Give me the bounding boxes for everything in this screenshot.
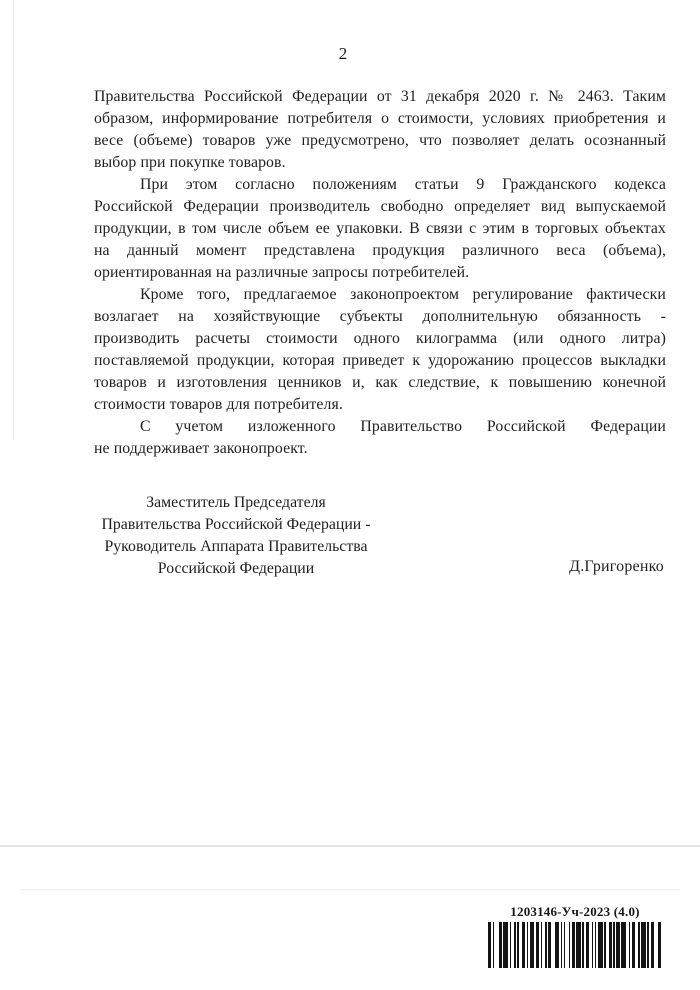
paragraph-line: С учетом изложенного Правительство Росси… bbox=[94, 416, 666, 438]
scan-artifact-horizontal-line bbox=[0, 845, 700, 847]
scan-artifact-vertical-line bbox=[13, 0, 14, 440]
page-number: 2 bbox=[0, 44, 686, 64]
paragraph-line: выбор при покупке товаров. bbox=[94, 152, 666, 174]
paragraph-line: Российской Федерации производитель свобо… bbox=[94, 196, 666, 218]
signer-name: Д.Григоренко bbox=[569, 558, 664, 576]
signature-position-line: Заместитель Председателя bbox=[94, 492, 378, 514]
paragraph-line: товаров и изготовления ценников и, как с… bbox=[94, 372, 666, 394]
signature-position-line: Российской Федерации bbox=[94, 558, 378, 580]
paragraph-line: возлагает на хозяйствующие субъекты допо… bbox=[94, 306, 666, 328]
signature-position-line: Руководитель Аппарата Правительства bbox=[94, 536, 378, 558]
body-text: Правительства Российской Федерации от 31… bbox=[94, 86, 666, 460]
paragraph-line: Правительства Российской Федерации от 31… bbox=[94, 86, 666, 108]
paragraph-line: При этом согласно положениям статьи 9 Гр… bbox=[94, 174, 666, 196]
signature-position-block: Заместитель Председателя Правительства Р… bbox=[94, 492, 378, 580]
paragraph-line: ориентированная на различные запросы пот… bbox=[94, 262, 666, 284]
paragraph-line: Кроме того, предлагаемое законопроектом … bbox=[94, 284, 666, 306]
paragraph-line: весе (объеме) товаров уже предусмотрено,… bbox=[94, 130, 666, 152]
barcode-label: 1203146-Уч-2023 (4.0) bbox=[488, 904, 662, 920]
paragraph-line: стоимости товаров для потребителя. bbox=[94, 394, 666, 416]
signature-position-line: Правительства Российской Федерации - bbox=[94, 514, 378, 536]
paragraph-line: продукции, в том числе объем ее упаковки… bbox=[94, 218, 666, 240]
paragraph-line: не поддерживает законопроект. bbox=[94, 438, 666, 460]
barcode-block: 1203146-Уч-2023 (4.0) bbox=[488, 904, 662, 968]
barcode-bar bbox=[658, 922, 661, 968]
barcode bbox=[488, 922, 662, 968]
paragraph-line: поставляемой продукции, которая приведет… bbox=[94, 350, 666, 372]
paragraph-line: на данный момент представлена продукция … bbox=[94, 240, 666, 262]
paragraph-line: производить расчеты стоимости одного кил… bbox=[94, 328, 666, 350]
document-page: 2 Правительства Российской Федерации от … bbox=[0, 0, 700, 990]
paragraph-line: образом, информирование потребителя о ст… bbox=[94, 108, 666, 130]
scan-artifact-horizontal-line-faint bbox=[20, 889, 680, 890]
